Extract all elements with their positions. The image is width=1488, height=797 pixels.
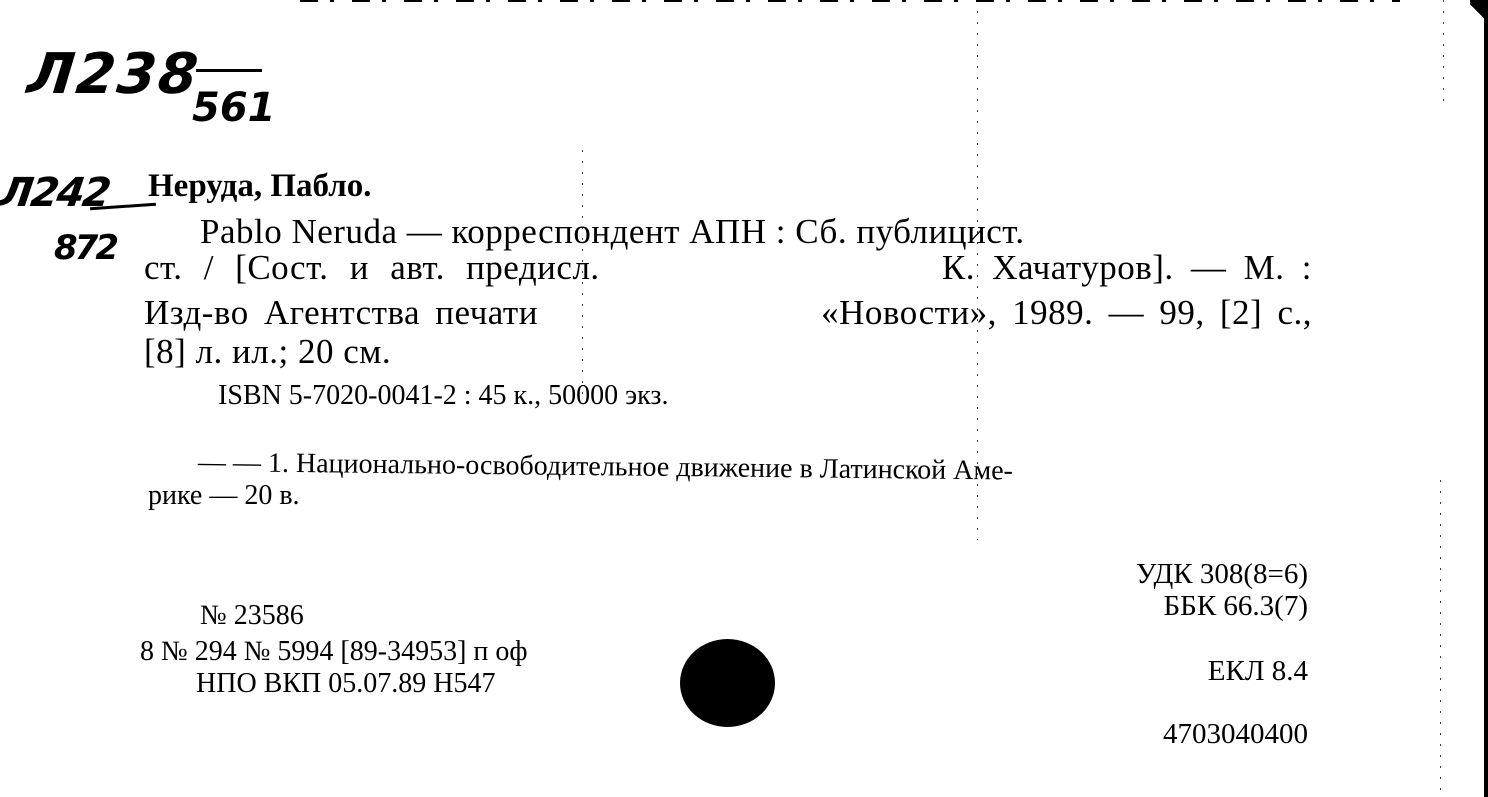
title-line-2-right: К. Хачатуров]. — М. : <box>942 248 1312 288</box>
handwritten-fraction-number: 561 <box>192 85 276 131</box>
catalog-card: Л238 561 Л242 872 Неруда, Пабло. Pablo N… <box>0 0 1488 797</box>
subject-heading-line-1: — — 1. Национально-освободительное движе… <box>198 447 1013 488</box>
title-line-4: [8] л. ил.; 20 см. <box>144 332 391 372</box>
title-line-2-left: ст. / [Сост. и авт. предисл. <box>144 248 600 288</box>
bbk-code: ББК 66.3(7) <box>1164 590 1308 623</box>
fraction-line <box>196 69 262 72</box>
catalog-code: 4703040400 <box>1163 718 1308 751</box>
printer-line: НПО ВКП 05.07.89 Н547 <box>196 668 495 700</box>
author-heading: Неруда, Пабло. <box>148 168 371 205</box>
ekl-code: ЕКЛ 8.4 <box>1208 655 1308 688</box>
handwritten-call-number: Л238 <box>25 42 203 107</box>
title-line-1: Pablo Neruda — корреспондент АПН : Сб. п… <box>200 212 1025 252</box>
card-corner-shadow <box>1470 0 1488 22</box>
isbn-line: ISBN 5-7020-0041-2 : 45 к., 50000 экз. <box>218 380 668 412</box>
udk-code: УДК 308(8=6) <box>1136 558 1308 591</box>
card-right-edge <box>1484 0 1488 797</box>
card-number: № 23586 <box>200 600 304 632</box>
scan-artifact-line <box>1440 480 1441 797</box>
scan-artifact-line <box>1443 0 1444 110</box>
title-line-3-right: «Новости», 1989. — 99, [2] с., <box>821 293 1312 333</box>
punch-hole <box>680 639 775 727</box>
subject-heading-line-2: рике — 20 в. <box>148 480 300 512</box>
handwritten-side-number-2: 872 <box>54 228 116 268</box>
card-top-edge <box>300 0 1400 2</box>
print-number-line: 8 № 294 № 5994 [89-34953] п оф <box>140 636 528 668</box>
title-line-3-left: Изд-во Агентства печати <box>144 293 538 333</box>
